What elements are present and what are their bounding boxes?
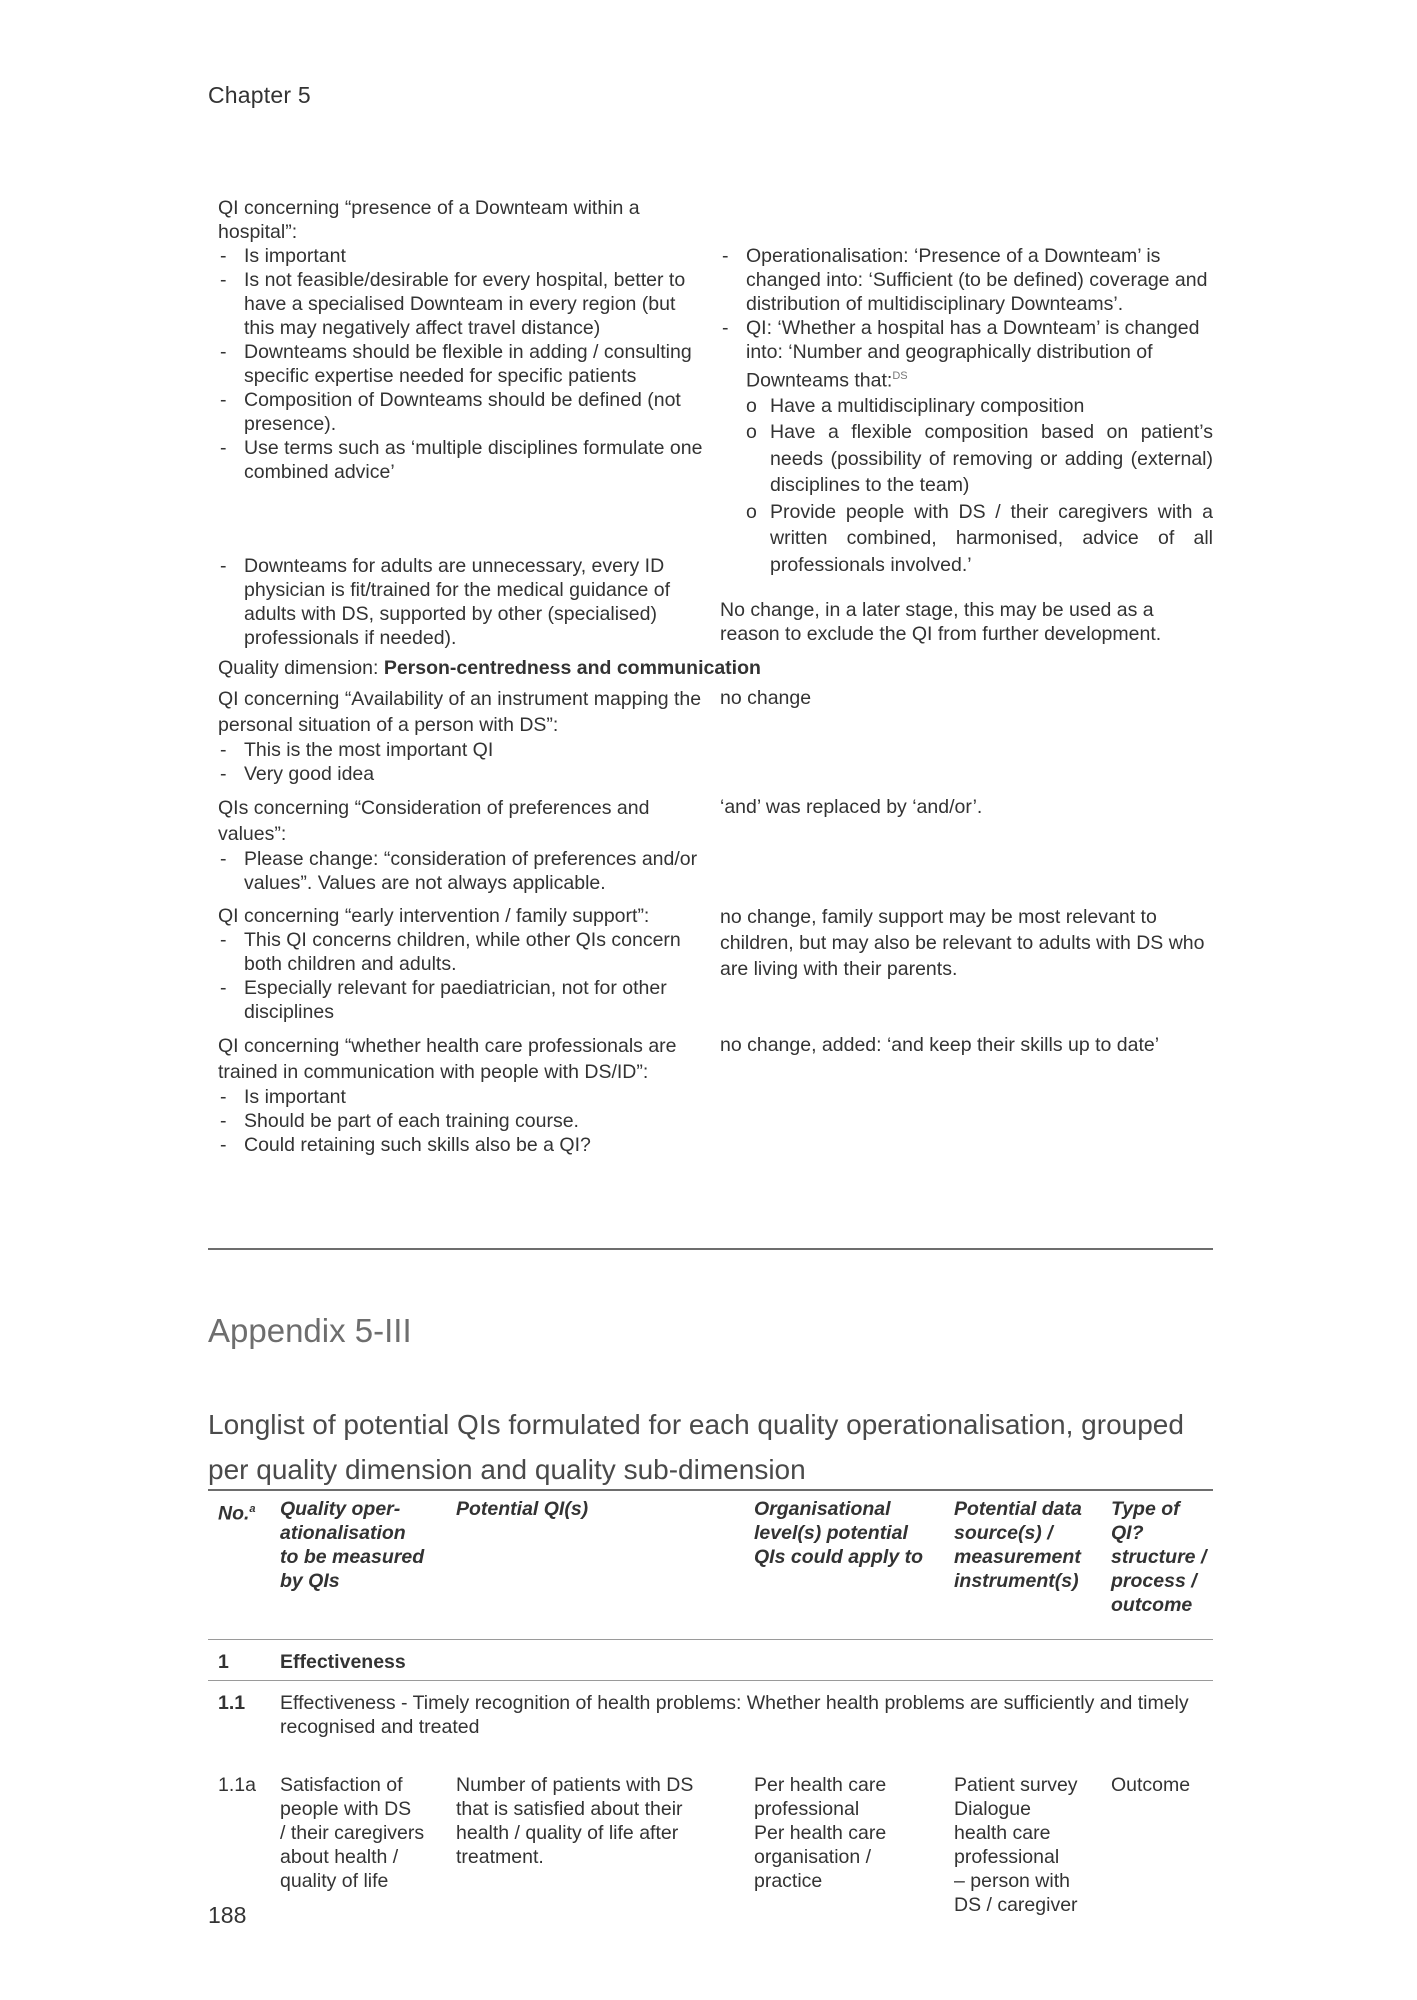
table-bottom-rule xyxy=(208,1248,1213,1250)
comment-item: Please change: “consideration of prefere… xyxy=(218,847,708,895)
change-item-text: QI: ‘Whether a hospital has a Downteam’ … xyxy=(746,317,1199,392)
comment-cell: QI concerning “early intervention / fami… xyxy=(208,904,708,1024)
header-data-source: Potential data source(s) / measurement i… xyxy=(944,1490,1101,1640)
dimension-value: Person-centredness and communication xyxy=(384,657,761,679)
change-cell: ‘and’ was replaced by ‘and/or’. xyxy=(708,795,1213,895)
comment-list: This is the most important QI Very good … xyxy=(218,738,708,786)
comment-item: Very good idea xyxy=(218,762,708,786)
comments-row: QI concerning “early intervention / fami… xyxy=(208,904,1213,1024)
comment-cell: QI concerning “Availability of an instru… xyxy=(208,686,708,786)
qi-intro: QIs concerning “Consideration of prefere… xyxy=(218,795,708,847)
change-item: Operationalisation: ‘Presence of a Downt… xyxy=(720,244,1213,316)
page-number: 188 xyxy=(208,1902,246,1929)
change-text: ‘and’ was replaced by ‘and/or’. xyxy=(720,795,1213,819)
qi-longlist-table: No.a Quality oper- ationalisation to be … xyxy=(208,1489,1213,1921)
dimension-row: 1 Effectiveness xyxy=(208,1640,1213,1681)
header-no: No.a xyxy=(208,1490,270,1640)
table-header-row: No.a Quality oper- ationalisation to be … xyxy=(208,1490,1213,1640)
change-item: QI: ‘Whether a hospital has a Downteam’ … xyxy=(720,316,1213,393)
running-head: Chapter 5 xyxy=(208,82,311,109)
comment-item: Is not feasible/desirable for every hosp… xyxy=(218,268,708,340)
comment-cell: QI concerning “presence of a Downteam wi… xyxy=(208,196,708,578)
change-cell: no change xyxy=(708,686,1213,786)
subdimension-no: 1.1 xyxy=(208,1681,270,1774)
row-no: 1.1a xyxy=(208,1773,270,1921)
comment-item: Is important xyxy=(218,244,708,268)
change-cell: no change, family support may be most re… xyxy=(708,904,1213,1024)
sub-change-item: Have a multidisciplinary composition xyxy=(720,393,1213,420)
comment-item: Downteams for adults are unnecessary, ev… xyxy=(218,554,708,650)
row-data-source: Patient survey Dialogue health care prof… xyxy=(944,1773,1101,1921)
change-list: Operationalisation: ‘Presence of a Downt… xyxy=(720,244,1213,393)
header-type: Type of QI? structure / process / outcom… xyxy=(1101,1490,1213,1640)
dimension-no: 1 xyxy=(208,1640,270,1681)
comment-list: Please change: “consideration of prefere… xyxy=(218,847,708,895)
comment-list: This QI concerns children, while other Q… xyxy=(218,928,708,1024)
change-text: no change, family support may be most re… xyxy=(720,904,1213,982)
comment-item: Should be part of each training course. xyxy=(218,1109,708,1133)
comments-row: QIs concerning “Consideration of prefere… xyxy=(208,795,1213,895)
change-text: no change xyxy=(720,686,1213,710)
comment-cell: QIs concerning “Consideration of prefere… xyxy=(208,795,708,895)
comments-row: QI concerning “presence of a Downteam wi… xyxy=(208,196,1213,578)
dimension-label: Quality dimension: xyxy=(218,657,384,679)
sub-change-list: Have a multidisciplinary composition Hav… xyxy=(720,393,1213,579)
comment-item: Composition of Downteams should be defin… xyxy=(218,388,708,436)
appendix-title: Appendix 5-III xyxy=(208,1312,412,1350)
ds-superscript: DS xyxy=(892,370,907,382)
qi-intro: QI concerning “Availability of an instru… xyxy=(218,686,708,738)
subdimension-label: Effectiveness - Timely recognition of he… xyxy=(270,1681,1213,1774)
comment-item: Downteams should be flexible in adding /… xyxy=(218,340,708,388)
comment-item: Could retaining such skills also be a QI… xyxy=(218,1133,708,1157)
row-operationalisation: Satisfaction of people with DS / their c… xyxy=(270,1773,446,1921)
comment-cell: QI concerning “whether health care profe… xyxy=(208,1033,708,1157)
comment-cell: Downteams for adults are unnecessary, ev… xyxy=(208,554,708,650)
comment-item: This is the most important QI xyxy=(218,738,708,762)
comments-table: QI concerning “presence of a Downteam wi… xyxy=(208,196,1213,1157)
comment-item: Is important xyxy=(218,1085,708,1109)
qi-intro: QI concerning “presence of a Downteam wi… xyxy=(218,196,708,244)
dimension-label: Effectiveness xyxy=(270,1640,1213,1681)
quality-dimension-heading: Quality dimension: Person-centredness an… xyxy=(208,656,1213,680)
header-potential-qi: Potential QI(s) xyxy=(446,1490,744,1640)
row-org-level: Per health care professional Per health … xyxy=(744,1773,944,1921)
comment-list: Downteams for adults are unnecessary, ev… xyxy=(218,554,708,650)
comments-row: QI concerning “Availability of an instru… xyxy=(208,686,1213,786)
row-type: Outcome xyxy=(1101,1773,1213,1921)
comment-item: Especially relevant for paediatrician, n… xyxy=(218,976,708,1024)
header-org-level: Organisational level(s) potential QIs co… xyxy=(744,1490,944,1640)
change-cell: Operationalisation: ‘Presence of a Downt… xyxy=(708,196,1213,578)
header-operationalisation: Quality oper- ationalisation to be measu… xyxy=(270,1490,446,1640)
change-cell: no change, added: ‘and keep their skills… xyxy=(708,1033,1213,1157)
comment-item: This QI concerns children, while other Q… xyxy=(218,928,708,976)
appendix-subtitle: Longlist of potential QIs formulated for… xyxy=(208,1402,1213,1492)
comment-item: Use terms such as ‘multiple disciplines … xyxy=(218,436,708,484)
comment-list: Is important Should be part of each trai… xyxy=(218,1085,708,1157)
comment-list: Is important Is not feasible/desirable f… xyxy=(218,244,708,484)
change-text: No change, in a later stage, this may be… xyxy=(720,598,1213,646)
subdimension-row: 1.1 Effectiveness - Timely recognition o… xyxy=(208,1681,1213,1774)
table-row: 1.1a Satisfaction of people with DS / th… xyxy=(208,1773,1213,1921)
sub-change-item: Have a flexible composition based on pat… xyxy=(720,419,1213,499)
sub-change-item: Provide people with DS / their caregiver… xyxy=(720,499,1213,579)
change-text: no change, added: ‘and keep their skills… xyxy=(720,1033,1213,1057)
qi-intro: QI concerning “whether health care profe… xyxy=(218,1033,708,1085)
comments-row: QI concerning “whether health care profe… xyxy=(208,1033,1213,1157)
row-potential-qi: Number of patients with DS that is satis… xyxy=(446,1773,744,1921)
qi-intro: QI concerning “early intervention / fami… xyxy=(218,904,708,928)
